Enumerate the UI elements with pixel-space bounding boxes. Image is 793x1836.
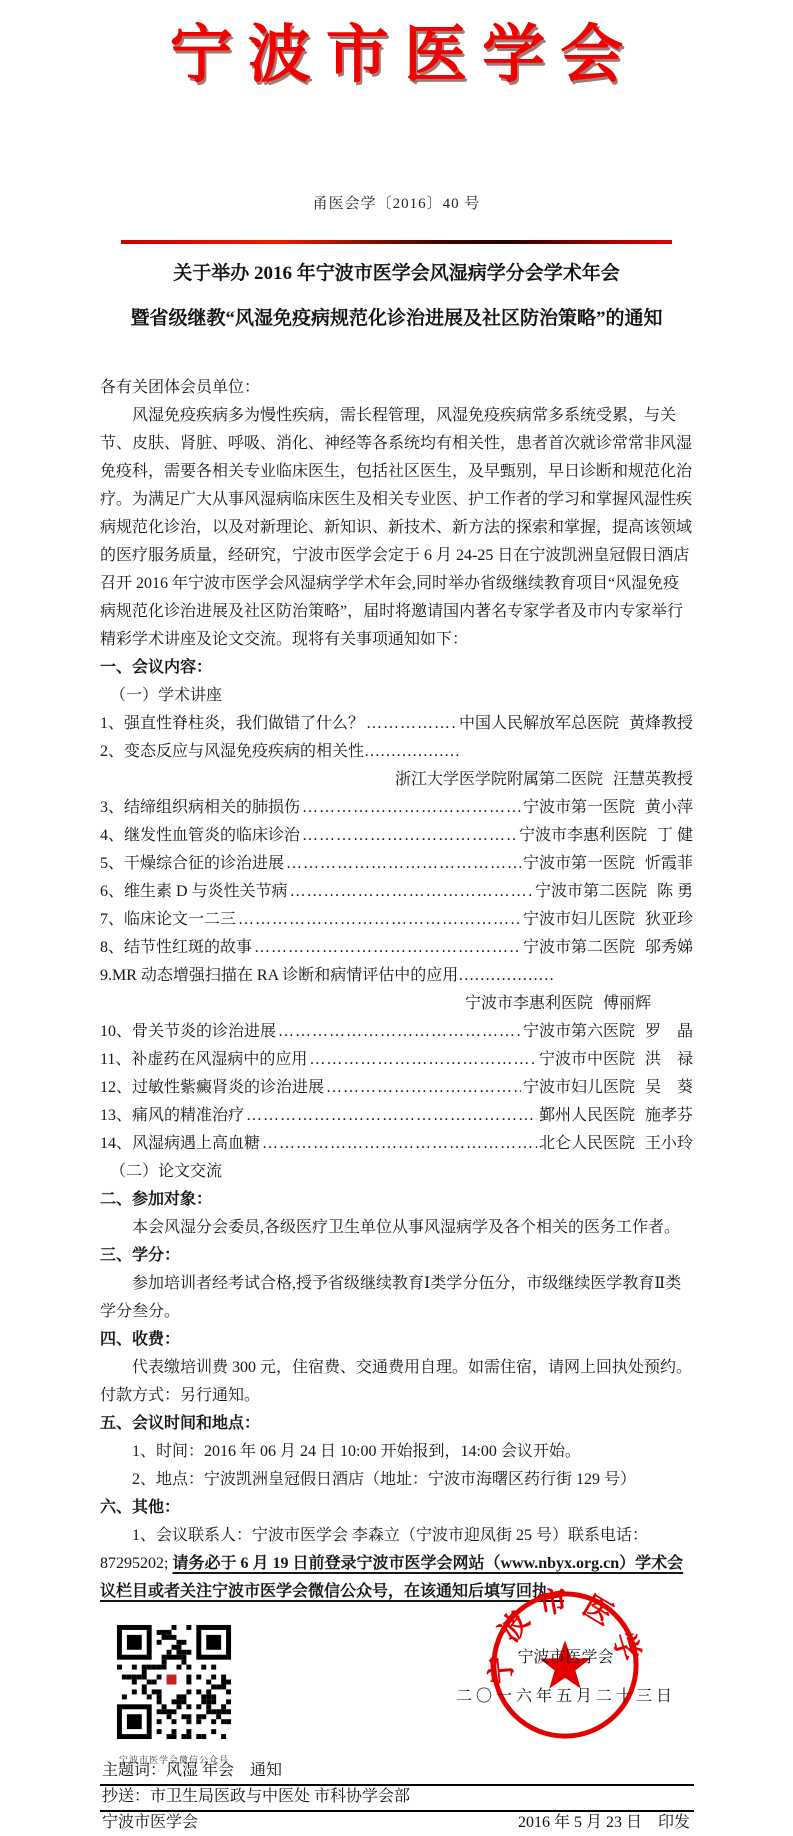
- footer-issuer: 宁波市医学会: [102, 1813, 198, 1833]
- lecture-title: 11、补虚药在风湿病中的应用: [100, 1046, 307, 1074]
- speaker-org: 中国人民解放军总医院: [459, 715, 619, 732]
- speaker-name: 傅丽辉: [603, 995, 651, 1012]
- lecture-title: 1、强直性脊柱炎，我们做错了什么？: [100, 710, 364, 738]
- lecture-item: 10、骨关节炎的诊治进展宁波市第六医院罗 晶: [100, 1018, 693, 1046]
- dot-leader: [290, 878, 533, 906]
- footer-subject-row: 主题词：风湿 年会 通知: [100, 1760, 694, 1786]
- speaker-org: 宁波市第一医院: [523, 855, 635, 872]
- lecture-item: 13、痛风的精准治疗鄞州人民医院施孝芬: [100, 1102, 693, 1130]
- section-1-heading: 一、会议内容：: [100, 654, 693, 682]
- speaker-org: 浙江大学医学院附属第二医院: [395, 771, 603, 788]
- lecture-speaker: 鄞州人民医院施孝芬: [539, 1102, 693, 1130]
- signature-org: 宁波市医学会: [488, 1644, 643, 1667]
- lecture-item: 3、结缔组织病相关的肺损伤宁波市第一医院黄小萍: [100, 794, 693, 822]
- lecture-item: 14、风湿病遇上高血糖北仑人民医院王小玲: [100, 1130, 693, 1158]
- lecture-speaker: 宁波市第一医院黄小萍: [523, 794, 693, 822]
- doc-title-line2: 暨省级继教“风湿免疫病规范化诊治进展及社区防治策略”的通知: [0, 303, 793, 330]
- section-4-body: 代表缴培训费 300 元，住宿费、交通费用自理。如需住宿，请网上回执处预约。付款…: [100, 1354, 693, 1410]
- intro-paragraph: 风湿免疫疾病多为慢性疾病，需长程管理，风湿免疫疾病常多系统受累，与关节、皮肤、肾…: [100, 402, 693, 654]
- lecture-title: 7、临床论文一二三: [100, 906, 236, 934]
- speaker-org: 宁波市第二医院: [523, 939, 635, 956]
- lecture-speaker: 宁波市李惠利医院丁 健: [519, 822, 693, 850]
- dot-leader: [302, 822, 517, 850]
- speaker-org: 宁波市第一医院: [523, 799, 635, 816]
- footer-block: 主题词：风湿 年会 通知 抄送：市卫生局医政与中医处 市科协学会部 宁波市医学会…: [100, 1760, 694, 1836]
- section-3-heading: 三、学分：: [100, 1242, 693, 1270]
- lecture-title: 5、干燥综合征的诊治进展: [100, 850, 284, 878]
- lecture-title: 6、维生素 D 与炎性关节病: [100, 878, 288, 906]
- lecture-item: 2、变态反应与风湿免疫疾病的相关性: [100, 738, 693, 766]
- speaker-name: 丁 健: [657, 827, 693, 844]
- speaker-name: 施孝芬: [645, 1107, 693, 1124]
- section-5-item-time: 1、时间：2016 年 06 月 24 日 10:00 开始报到，14:00 会…: [100, 1438, 693, 1466]
- lecture-speaker: 宁波市第六医院罗 晶: [523, 1018, 693, 1046]
- masthead-org-title: 宁波市医学会: [0, 4, 793, 95]
- speaker-name: 王小玲: [645, 1135, 693, 1152]
- speaker-org: 宁波市妇儿医院: [523, 1079, 635, 1096]
- speaker-org: 鄞州人民医院: [539, 1107, 635, 1124]
- dot-leader: [262, 1130, 537, 1158]
- lecture-title: 9.MR 动态增强扫描在 RA 诊断和病情评估中的应用: [100, 962, 458, 990]
- notice-body: 各有关团体会员单位： 风湿免疫疾病多为慢性疾病，需长程管理，风湿免疫疾病常多系统…: [100, 374, 693, 1606]
- speaker-name: 罗 晶: [645, 1023, 693, 1040]
- lecture-speaker: 宁波市第一医院忻霞菲: [523, 850, 693, 878]
- lecture-item: 1、强直性脊柱炎，我们做错了什么？中国人民解放军总医院黄烽教授: [100, 710, 693, 738]
- dot-leader: [286, 850, 521, 878]
- signature-date: 二〇一六年五月二十三日: [448, 1683, 684, 1706]
- lecture-speaker: 浙江大学医学院附属第二医院汪慧英教授: [100, 766, 693, 794]
- footer-issue-date: 2016 年 5 月 23 日 印发: [518, 1813, 694, 1833]
- speaker-name: 洪 禄: [645, 1051, 693, 1068]
- lecture-speaker: 宁波市第二医院陈 勇: [535, 878, 693, 906]
- lecture-speaker: 宁波市第二医院邬秀娣: [523, 934, 693, 962]
- speaker-name: 忻霞菲: [645, 855, 693, 872]
- speaker-name: 吴 葵: [645, 1079, 693, 1096]
- salutation: 各有关团体会员单位：: [100, 374, 693, 402]
- lecture-item: 4、继发性血管炎的临床诊治宁波市李惠利医院丁 健: [100, 822, 693, 850]
- lecture-title: 13、痛风的精准治疗: [100, 1102, 244, 1130]
- footer-cc-row: 抄送：市卫生局医政与中医处 市科协学会部: [100, 1786, 694, 1812]
- lecture-item: 7、临床论文一二三宁波市妇儿医院狄亚珍: [100, 906, 693, 934]
- speaker-name: 黄烽教授: [629, 715, 693, 732]
- lecture-title: 4、继发性血管炎的临床诊治: [100, 822, 300, 850]
- speaker-org: 宁波市李惠利医院: [519, 827, 647, 844]
- doc-title-line1: 关于举办 2016 年宁波市医学会风湿病学分会学术年会: [0, 258, 793, 285]
- dot-leader: [458, 962, 554, 990]
- lecture-speaker: 宁波市中医院洪 禄: [539, 1046, 693, 1074]
- speaker-name: 狄亚珍: [645, 911, 693, 928]
- speaker-name: 黄小萍: [645, 799, 693, 816]
- lecture-speaker: 宁波市妇儿医院狄亚珍: [523, 906, 693, 934]
- official-notice-page: 宁波市医学会 甬医会学〔2016〕40 号 关于举办 2016 年宁波市医学会风…: [0, 0, 793, 1836]
- lecture-item: 8、结节性红斑的故事宁波市第二医院邬秀娣: [100, 934, 693, 962]
- red-divider-rule: [121, 240, 672, 244]
- section-4-heading: 四、收费：: [100, 1326, 693, 1354]
- section-5-item-place: 2、地点：宁波凯洲皇冠假日酒店（地址：宁波市海曙区药行街 129 号）: [100, 1466, 693, 1494]
- section-3-body: 参加培训者经考试合格,授予省级继续教育Ⅰ类学分伍分，市级继续医学教育Ⅱ类学分叁分…: [100, 1270, 693, 1326]
- lecture-speaker: 北仑人民医院王小玲: [539, 1130, 693, 1158]
- speaker-org: 宁波市妇儿医院: [523, 911, 635, 928]
- section-1-sub1: （一）学术讲座: [100, 682, 693, 710]
- speaker-name: 陈 勇: [657, 883, 693, 900]
- doc-number: 甬医会学〔2016〕40 号: [0, 192, 793, 213]
- footer-issue-row: 宁波市医学会 2016 年 5 月 23 日 印发: [100, 1812, 694, 1836]
- speaker-org: 宁波市李惠利医院: [465, 995, 593, 1012]
- speaker-name: 汪慧英教授: [613, 771, 693, 788]
- lecture-title: 3、结缔组织病相关的肺损伤: [100, 794, 300, 822]
- speaker-org: 宁波市第二医院: [535, 883, 647, 900]
- lecture-speaker: 宁波市李惠利医院傅丽辉: [100, 990, 693, 1018]
- lecture-title: 10、骨关节炎的诊治进展: [100, 1018, 276, 1046]
- speaker-name: 邬秀娣: [645, 939, 693, 956]
- dot-leader: [366, 710, 457, 738]
- lecture-title: 14、风湿病遇上高血糖: [100, 1130, 260, 1158]
- lecture-list: 1、强直性脊柱炎，我们做错了什么？中国人民解放军总医院黄烽教授2、变态反应与风湿…: [100, 710, 693, 1158]
- lecture-item: 9.MR 动态增强扫描在 RA 诊断和病情评估中的应用: [100, 962, 693, 990]
- lecture-item: 6、维生素 D 与炎性关节病宁波市第二医院陈 勇: [100, 878, 693, 906]
- dot-leader: [254, 934, 521, 962]
- section-2-body: 本会风湿分会委员,各级医疗卫生单位从事风湿病学及各个相关的医务工作者。: [100, 1214, 693, 1242]
- lecture-speaker: 宁波市妇儿医院吴 葵: [523, 1074, 693, 1102]
- dot-leader: [238, 906, 521, 934]
- speaker-org: 宁波市第六医院: [523, 1023, 635, 1040]
- qr-code-image: [112, 1620, 236, 1744]
- dot-leader: [364, 738, 460, 766]
- section-2-heading: 二、参加对象：: [100, 1186, 693, 1214]
- lecture-title: 8、结节性红斑的故事: [100, 934, 252, 962]
- dot-leader: [278, 1018, 521, 1046]
- dot-leader: [309, 1046, 537, 1074]
- lecture-title: 2、变态反应与风湿免疫疾病的相关性: [100, 738, 364, 766]
- dot-leader: [246, 1102, 537, 1130]
- section-6-heading: 六、其他：: [100, 1494, 693, 1522]
- dot-leader: [326, 1074, 521, 1102]
- lecture-item: 11、补虚药在风湿病中的应用宁波市中医院洪 禄: [100, 1046, 693, 1074]
- lecture-title: 12、过敏性紫癜肾炎的诊治进展: [100, 1074, 324, 1102]
- lecture-speaker: 中国人民解放军总医院黄烽教授: [459, 710, 693, 738]
- section-5-heading: 五、会议时间和地点：: [100, 1410, 693, 1438]
- speaker-org: 北仑人民医院: [539, 1135, 635, 1152]
- section-1-sub2: （二）论文交流: [100, 1158, 693, 1186]
- lecture-item: 5、干燥综合征的诊治进展宁波市第一医院忻霞菲: [100, 850, 693, 878]
- speaker-org: 宁波市中医院: [539, 1051, 635, 1068]
- dot-leader: [302, 794, 521, 822]
- wechat-qr-block: 宁波市医学会微信公众号: [112, 1620, 248, 1766]
- lecture-item: 12、过敏性紫癜肾炎的诊治进展宁波市妇儿医院吴 葵: [100, 1074, 693, 1102]
